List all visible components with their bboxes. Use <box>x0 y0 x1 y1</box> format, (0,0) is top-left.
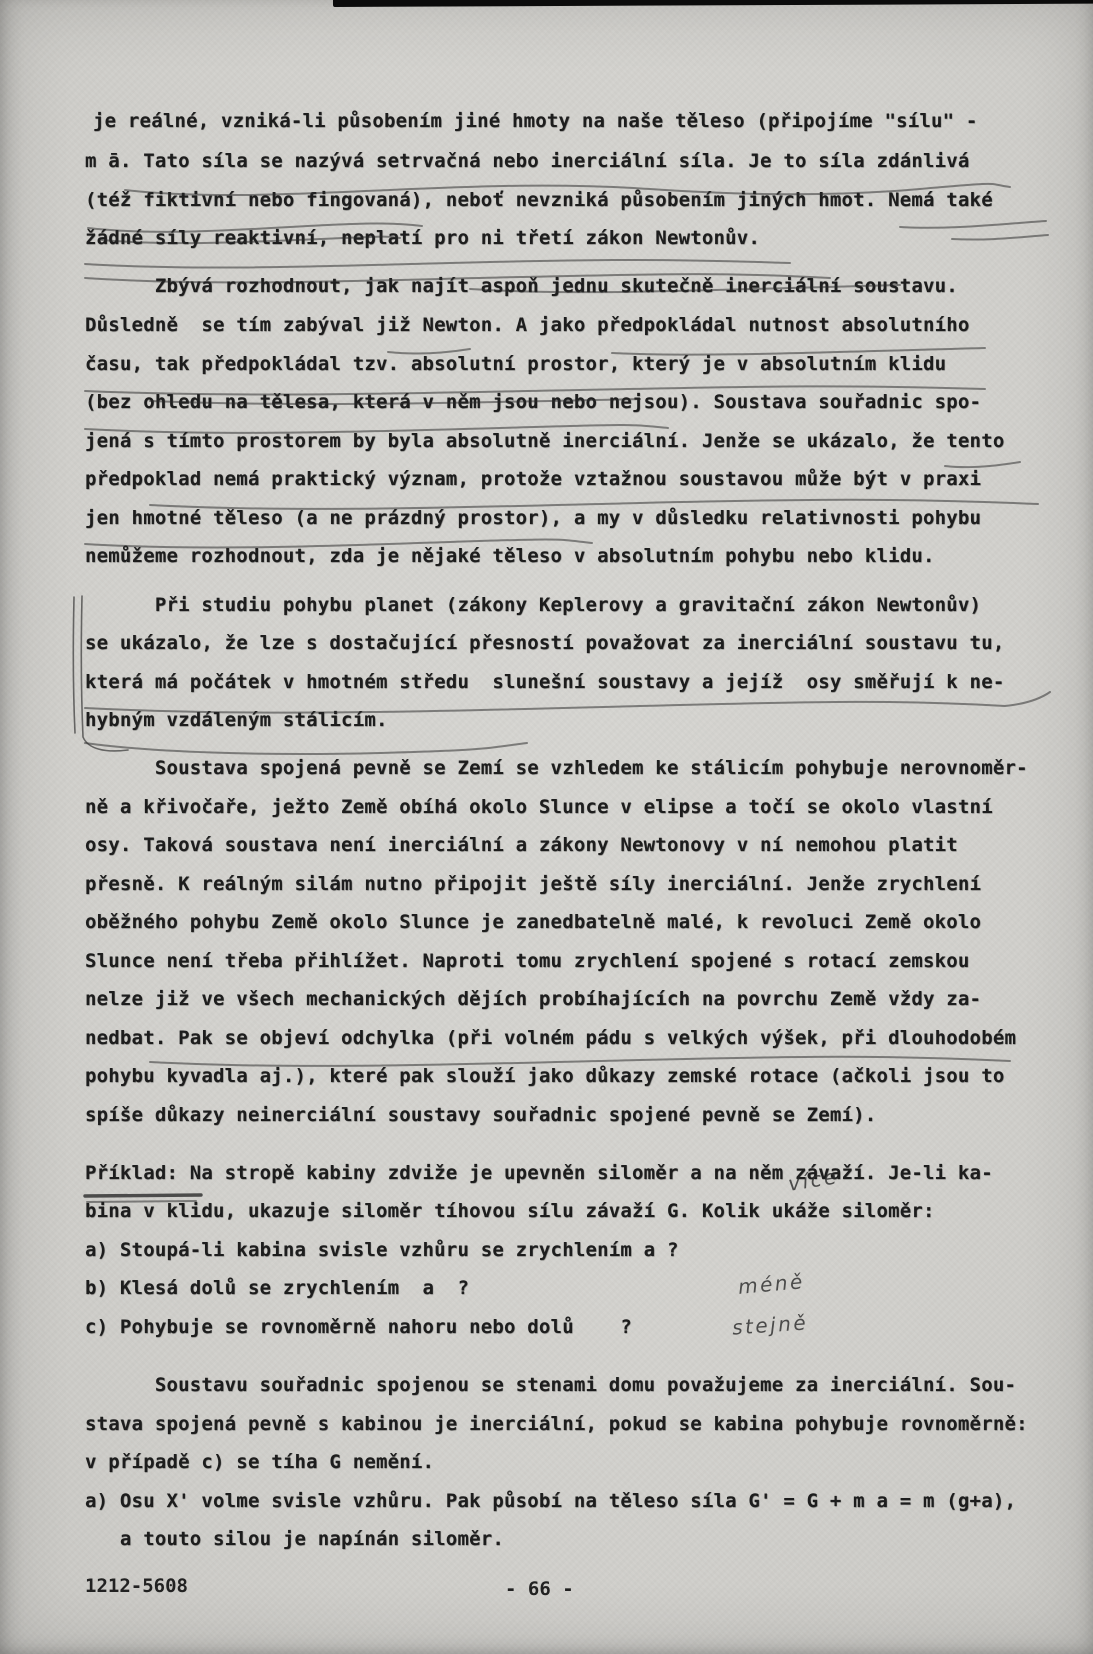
text-line: přesně. K reálným silám nutno připojit j… <box>85 873 981 895</box>
text-line: v případě c) se tíha G nemění. <box>85 1451 434 1473</box>
pencil-underline <box>85 1195 201 1196</box>
text-line: Důsledně se tím zabýval již Newton. A ja… <box>85 314 970 336</box>
text-line: oběžného pohybu Země okolo Slunce je zan… <box>85 911 981 933</box>
margin-mark <box>73 597 75 733</box>
text-line: nemůžeme rozhodnout, zda je nějaké těles… <box>85 545 935 567</box>
text-line: Soustavu souřadnic spojenou se stenami d… <box>85 1374 1016 1396</box>
text-line: m ā. Tato síla se nazývá setrvačná nebo … <box>85 150 970 172</box>
text-line: osy. Taková soustava není inerciální a z… <box>85 834 958 856</box>
pencil-underline <box>85 260 790 268</box>
text-line: bina v klidu, ukazuje siloměr tíhovou sí… <box>85 1200 935 1222</box>
text-line: Slunce není třeba přihlížet. Naproti tom… <box>85 950 970 972</box>
text-line: b) Klesá dolů se zrychlením a ? <box>85 1277 469 1299</box>
pencil-underline <box>945 462 1020 467</box>
handwritten-annotation: méně <box>737 1269 806 1299</box>
handwritten-annotation: stejně <box>731 1310 809 1339</box>
text-line: času, tak předpokládal tzv. absolutní pr… <box>85 353 946 375</box>
text-line: hybným vzdáleným stálicím. <box>85 709 388 731</box>
text-line: a) Osu X' volme svisle vzhůru. Pak působ… <box>85 1490 1016 1512</box>
text-line: a touto silou je napínán siloměr. <box>85 1528 504 1550</box>
page-number: - 66 - <box>505 1578 574 1600</box>
text-line: která má počátek v hmotném středu sluneš… <box>85 671 1004 693</box>
text-line: nelze již ve všech mechanických dějích p… <box>85 988 981 1010</box>
text-line: (též fiktivní nebo fingovaná), neboť nev… <box>85 189 993 211</box>
text-line: ně a křivočaře, ježto Země obíhá okolo S… <box>85 796 993 818</box>
text-line: Zbývá rozhodnout, jak najít aspoň jednu … <box>85 275 958 297</box>
text-line: a) Stoupá-li kabina svisle vzhůru se zry… <box>85 1239 679 1261</box>
text-line: (bez ohledu na tělesa, která v něm jsou … <box>85 391 981 413</box>
text-line: stava spojená pevně s kabinou je inerciá… <box>85 1413 1028 1435</box>
text-line: Soustava spojená pevně se Zemí se vzhled… <box>85 757 1028 779</box>
text-line: žádné síly reaktivní, neplatí pro ni tře… <box>85 227 760 249</box>
text-line: předpoklad nemá praktický význam, protož… <box>85 468 981 490</box>
text-line: pohybu kyvadla aj.), které pak slouží ja… <box>85 1065 1004 1087</box>
pencil-underline <box>952 235 1048 240</box>
text-line: spíše důkazy neinerciální soustavy souřa… <box>85 1104 876 1126</box>
text-line: se ukázalo, že lze s dostačující přesnos… <box>85 632 1004 654</box>
text-line: jen hmotné těleso (a ne prázdný prostor)… <box>85 507 981 529</box>
document-number: 1212-5608 <box>85 1575 188 1597</box>
text-line: jená s tímto prostorem by byla absolutně… <box>85 430 1004 452</box>
scanned-document-page: je reálné, vzniká-li působením jiné hmot… <box>0 0 1093 1654</box>
scan-edge-artifact <box>333 0 1093 7</box>
text-line: Příklad: Na stropě kabiny zdviže je upev… <box>85 1162 993 1184</box>
text-line: nedbat. Pak se objeví odchylka (při voln… <box>85 1027 1016 1049</box>
text-line: je reálné, vzniká-li působením jiné hmot… <box>93 110 978 132</box>
text-line: Při studiu pohybu planet (zákony Keplero… <box>85 594 981 616</box>
pencil-underline <box>900 221 1046 228</box>
text-line: c) Pohybuje se rovnoměrně nahoru nebo do… <box>85 1316 632 1338</box>
pencil-underline <box>85 743 527 754</box>
